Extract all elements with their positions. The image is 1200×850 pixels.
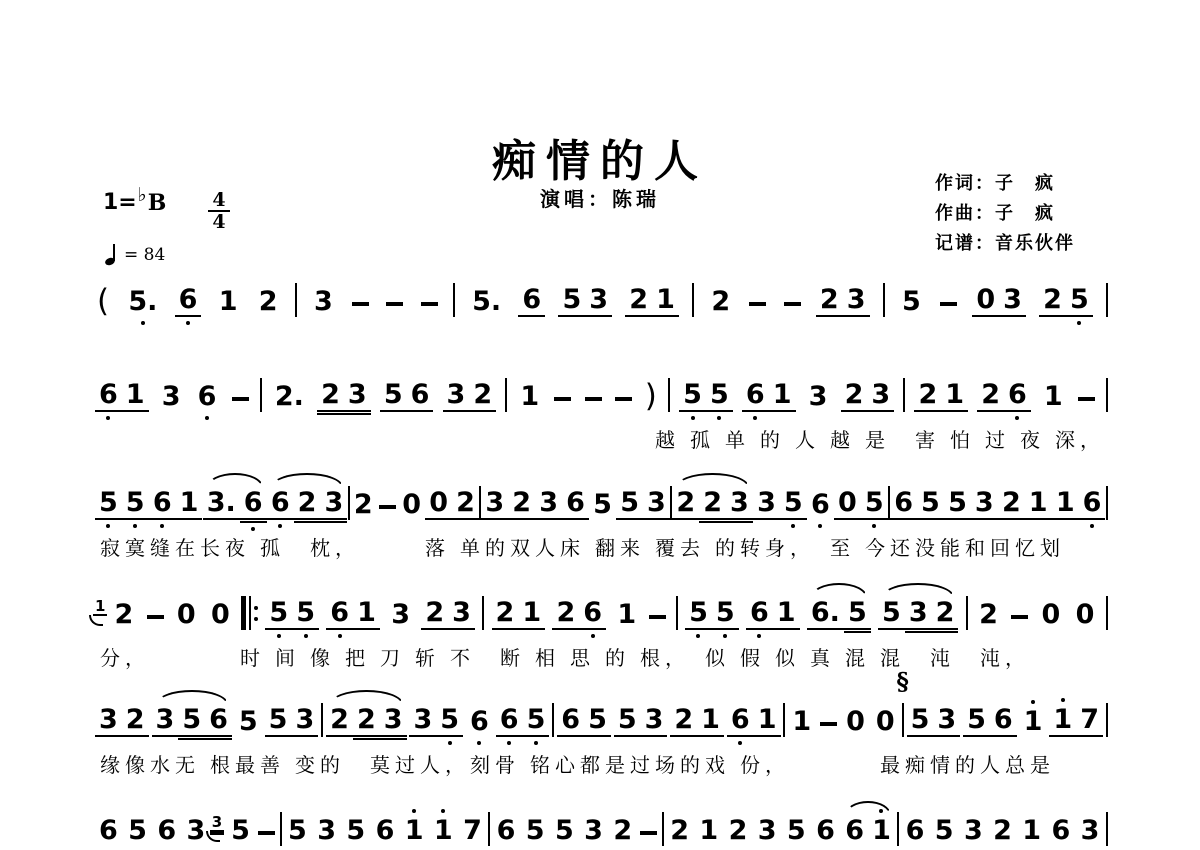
note-token: 5: [342, 816, 369, 846]
note-group: [782, 302, 803, 317]
note-token: 6: [175, 285, 202, 317]
note-group: 5: [522, 816, 549, 846]
note-group: 5: [898, 287, 925, 317]
note-token: 6: [518, 285, 545, 317]
note-group: 2: [725, 816, 752, 846]
phrase-paren: (: [95, 285, 111, 317]
note-group: [488, 812, 490, 846]
note-token: 3: [310, 287, 337, 317]
note-token: 6: [1079, 488, 1106, 520]
slur-arc: [882, 583, 954, 597]
note-group: 1: [1040, 382, 1067, 412]
note-group: 0: [173, 600, 200, 630]
note-token: 6.: [807, 598, 844, 630]
note-group: 1: [215, 287, 242, 317]
rest-note: 0: [842, 707, 869, 737]
note-token: 2: [672, 488, 699, 520]
note-token: 6: [95, 380, 122, 412]
note-token: 5: [907, 705, 934, 737]
note-group: 61: [727, 705, 781, 737]
duration-dash: [386, 302, 403, 306]
octave-dot-low: [1077, 321, 1081, 325]
note-token: 5: [963, 705, 990, 737]
note-group: [1106, 283, 1108, 317]
octave-dot-high: [1061, 698, 1065, 702]
notes-row: 55613.6623200232365532233560565532116: [95, 486, 1108, 520]
duration-dash: [784, 302, 801, 306]
slur-arc: [207, 473, 263, 487]
note-token: 5: [124, 816, 151, 846]
note-token: 5: [898, 287, 925, 317]
octave-dot-high: [441, 809, 445, 813]
note-group: 6: [466, 707, 493, 737]
note-group: 56: [380, 380, 434, 412]
note-group: 21: [998, 488, 1052, 520]
note-group: 05: [834, 488, 888, 520]
octave-dot-low: [477, 741, 481, 745]
note-group: 6: [902, 816, 929, 846]
octave-dot-low: [818, 524, 822, 528]
barline: [260, 378, 262, 412]
note-group: 5.: [124, 287, 161, 317]
note-token: 6: [95, 816, 122, 846]
note-token: 3: [999, 285, 1026, 317]
note-token: 3: [481, 488, 508, 520]
note-token: 6: [557, 705, 584, 737]
notes-row: 61362.2356321)556132321261: [95, 378, 1108, 412]
note-token: 5: [685, 598, 712, 630]
note-group: 55: [265, 598, 319, 630]
note-group: [377, 505, 398, 520]
note-group: [668, 378, 670, 412]
note-group: 6: [95, 816, 122, 846]
note-token: 2: [353, 705, 380, 737]
note-group: 65: [557, 705, 611, 737]
score-area: (5.61235.653212235032561362.2356321)5561…: [0, 0, 1200, 850]
note-token: 3: [971, 488, 998, 520]
notes-row: 120055613232126155616.5532200: [95, 596, 1108, 630]
note-group: 6: [518, 285, 545, 317]
note-token: 3: [641, 705, 668, 737]
note-group: [295, 283, 297, 317]
note-token: 1: [176, 488, 203, 520]
note-token: 3: [726, 488, 753, 520]
note-group: [419, 302, 440, 317]
duration-dash: [940, 302, 957, 306]
note-group: [613, 397, 634, 412]
note-token: 6: [496, 705, 523, 737]
barline: [676, 596, 678, 630]
note-token: 6: [807, 490, 834, 520]
note-group: 3: [158, 382, 185, 412]
note-token: 5: [551, 816, 578, 846]
note-group: 532: [878, 598, 958, 630]
note-token: 5: [861, 488, 888, 520]
phrase-paren: ): [643, 380, 659, 412]
octave-dot-low: [304, 634, 308, 638]
repeat-dots: [254, 606, 258, 621]
note-group: 21: [625, 285, 679, 317]
octave-dot-low: [691, 416, 695, 420]
note-token: 2: [255, 287, 282, 317]
octave-dot-high: [412, 809, 416, 813]
note-group: 53: [265, 705, 319, 737]
note-token: 1: [122, 380, 149, 412]
note-group: 6.5: [807, 598, 871, 630]
barline: [453, 283, 455, 317]
note-group: 223: [672, 488, 752, 520]
note-token: 2: [914, 380, 941, 412]
barline: [280, 812, 282, 846]
barline: [662, 812, 664, 846]
note-group: 0: [398, 490, 425, 520]
slur-arc: [330, 690, 402, 704]
note-group: 2: [255, 287, 282, 317]
note-token: 3: [905, 598, 932, 630]
note-token: 5: [122, 488, 149, 520]
note-group: 26: [977, 380, 1031, 412]
note-token: 6: [742, 380, 769, 412]
note-token: 6: [466, 707, 493, 737]
note-token: 2: [552, 598, 579, 630]
note-token: 3: [320, 488, 347, 520]
note-group: 6: [807, 490, 834, 520]
note-group: 02: [425, 488, 479, 520]
octave-dot-high: [879, 809, 883, 813]
note-group: 65: [890, 488, 944, 520]
note-group: [662, 812, 664, 846]
note-group: 53: [614, 705, 668, 737]
note-token: 1: [1018, 816, 1045, 846]
note-token: 5: [712, 598, 739, 630]
music-line: 120055613232126155616.5532200分， 时 间 像 把 …: [95, 596, 1108, 671]
note-token: 6: [493, 816, 520, 846]
note-group: 3: [805, 382, 832, 412]
note-group: 356: [152, 705, 232, 737]
note-token: 3: [448, 598, 475, 630]
note-token: 2: [841, 380, 868, 412]
note-token: 3: [867, 380, 894, 412]
note-token: 2: [670, 705, 697, 737]
note-token: 2: [989, 816, 1016, 846]
note-group: 6: [194, 382, 221, 412]
note-group: [647, 615, 668, 630]
octave-dot-low: [791, 524, 795, 528]
note-group: 25: [1039, 285, 1093, 317]
duration-dash: [258, 831, 275, 835]
note-token: 5: [523, 705, 550, 737]
grace-tie-curve: [89, 615, 103, 626]
note-token: 2: [350, 490, 377, 520]
music-line: 656335535611765532212356616532163: [95, 812, 1108, 846]
octave-dot-low: [757, 634, 761, 638]
music-line: 61362.2356321)556132321261越 孤 单 的 人 越 是 …: [95, 378, 1108, 453]
octave-dot-low: [696, 634, 700, 638]
note-group: 12: [95, 598, 137, 630]
note-token: 1: [1052, 488, 1079, 520]
lyrics-line: 寂寞缝在长夜 孤 枕， 落 单的双人床 翻来 覆去 的转身， 至 今还没能和回忆…: [95, 532, 1108, 561]
notes-row: 323565532233566565532161100§5356117: [95, 703, 1108, 737]
note-group: 223: [326, 705, 406, 737]
note-token: 2: [1039, 285, 1066, 317]
rest-note: 0: [425, 488, 452, 520]
note-group: 1: [695, 816, 722, 846]
note-group: 5: [931, 816, 958, 846]
note-token: 2: [452, 488, 479, 520]
note-token: 2: [294, 488, 321, 520]
note-token: 6: [153, 816, 180, 846]
note-token: 1: [697, 705, 724, 737]
note-group: 1: [613, 600, 640, 630]
note-group: 53: [616, 488, 670, 520]
barline: [1106, 378, 1108, 412]
note-token: 2: [625, 285, 652, 317]
note-token: 1: [773, 598, 800, 630]
note-group: [552, 703, 554, 737]
grace-note: 3: [210, 814, 224, 832]
note-token: 1: [613, 600, 640, 630]
octave-dot-low: [534, 741, 538, 745]
note-token: 2.: [271, 382, 308, 412]
barline: [903, 378, 905, 412]
note-token: 6: [812, 816, 839, 846]
note-token: 5: [178, 705, 205, 737]
note-token: 5: [917, 488, 944, 520]
duration-dash: [1011, 615, 1028, 619]
note-token: 5: [558, 285, 585, 317]
note-group: 53: [944, 488, 998, 520]
duration-dash: [147, 615, 164, 619]
note-token: 5: [616, 488, 643, 520]
note-token: 6: [326, 598, 353, 630]
note-group: [883, 283, 885, 317]
octave-dot-low: [753, 416, 757, 420]
note-token: 6: [562, 488, 589, 520]
note-token: 1: [518, 598, 545, 630]
note-group: [145, 615, 166, 630]
music-line: (5.61235.6532122350325: [95, 283, 1108, 317]
note-token: 5: [522, 816, 549, 846]
note-group: 21: [492, 598, 546, 630]
note-token: 7: [1076, 705, 1103, 737]
duration-dash: [379, 505, 396, 509]
note-token: 5: [436, 705, 463, 737]
note-group: [966, 596, 968, 630]
note-group: [692, 283, 694, 317]
lyrics-line: 分， 时 间 像 把 刀 斩 不 断 相 思 的 根， 似 假 似 真 混 混 …: [95, 642, 1108, 671]
octave-dot-low: [133, 524, 137, 528]
note-group: 61: [746, 598, 800, 630]
note-group: 3: [310, 287, 337, 317]
note-group: [321, 703, 323, 737]
note-group: [552, 397, 573, 412]
note-token: 1: [652, 285, 679, 317]
note-group: 5.: [468, 287, 505, 317]
note-token: 1: [430, 816, 457, 846]
note-token: 3: [580, 816, 607, 846]
note-token: 5: [589, 490, 616, 520]
rest-note: 0: [173, 600, 200, 630]
barline: [321, 703, 323, 737]
note-token: 1: [695, 816, 722, 846]
note-token: 3: [643, 488, 670, 520]
barline: [692, 283, 694, 317]
note-group: 5: [284, 816, 311, 846]
note-group: [241, 596, 258, 630]
rest-note: 0: [398, 490, 425, 520]
note-group: 55: [685, 598, 739, 630]
note-token: 3: [158, 382, 185, 412]
note-token: 1: [868, 816, 895, 846]
note-token: 3: [843, 285, 870, 317]
note-group: 7: [459, 816, 486, 846]
duration-dash: [232, 397, 249, 401]
note-group: 0: [842, 707, 869, 737]
note-group: 61: [742, 380, 796, 412]
duration-dash: [749, 302, 766, 306]
sheet-music-page: 痴情的人 演唱：陈瑞 作词：子 疯 作曲：子 疯 记谱：音乐伙伴 1=♭B 4 …: [0, 0, 1200, 850]
note-token: 6: [372, 816, 399, 846]
slur-arc: [845, 801, 891, 815]
grace-note-number: 1: [93, 598, 107, 616]
music-line: 323565532233566565532161100§5356117缘像水无 …: [95, 703, 1108, 778]
note-token: 5.: [124, 287, 161, 317]
note-group: [1106, 486, 1108, 520]
barline: [668, 378, 670, 412]
barline: [1106, 283, 1108, 317]
note-group: 5: [551, 816, 578, 846]
note-group: 35: [753, 488, 807, 520]
note-token: 5: [265, 705, 292, 737]
note-token: 5: [95, 488, 122, 520]
note-token: 2: [421, 598, 448, 630]
note-group: [638, 831, 659, 846]
note-token: 6: [990, 705, 1017, 737]
note-group: 5: [342, 816, 369, 846]
note-group: 53: [558, 285, 612, 317]
note-token: 3: [960, 816, 987, 846]
note-token: 3: [585, 285, 612, 317]
note-token: 6: [890, 488, 917, 520]
note-token: 6: [149, 488, 176, 520]
note-group: 21: [670, 705, 724, 737]
note-group: [783, 703, 785, 737]
note-token: 5: [783, 816, 810, 846]
note-group: 2: [609, 816, 636, 846]
slur-arc: [811, 583, 867, 597]
note-token: 2: [816, 285, 843, 317]
note-group: 3: [1077, 816, 1104, 846]
note-token: 1: [754, 705, 781, 737]
note-token: 3: [933, 705, 960, 737]
notes-row: (5.61235.6532122350325: [95, 283, 1108, 317]
note-token: 2: [666, 816, 693, 846]
note-group: §: [902, 703, 904, 737]
note-token: 5: [584, 705, 611, 737]
rest-note: 0: [207, 600, 234, 630]
octave-dot-low: [106, 416, 110, 420]
notes-row: 656335535611765532212356616532163: [95, 812, 1108, 846]
rest-note: 0: [834, 488, 861, 520]
duration-dash: [640, 831, 657, 835]
note-token: 3: [754, 816, 781, 846]
note-group: 03: [972, 285, 1026, 317]
note-token: 5: [780, 488, 807, 520]
note-token: 6: [841, 816, 868, 846]
note-token: 1: [1020, 707, 1047, 737]
note-group: [280, 812, 282, 846]
note-token: 3: [291, 705, 318, 737]
duration-dash: [554, 397, 571, 401]
note-group: 6: [1047, 816, 1074, 846]
note-token: 6: [194, 382, 221, 412]
note-token: 2: [998, 488, 1025, 520]
barline: [966, 596, 968, 630]
note-token: 2: [122, 705, 149, 737]
note-token: 3: [344, 380, 371, 412]
note-token: 5: [235, 707, 262, 737]
note-token: 3: [443, 380, 470, 412]
note-group: [505, 378, 507, 412]
note-group: [818, 722, 839, 737]
note-token: 2: [725, 816, 752, 846]
note-group: 36: [535, 488, 589, 520]
barline: [552, 703, 554, 737]
note-group: 32: [481, 488, 535, 520]
note-group: 5: [589, 490, 616, 520]
note-token: 6: [1047, 816, 1074, 846]
note-group: [230, 397, 251, 412]
note-token: 3.: [203, 488, 240, 520]
duration-dash: [820, 722, 837, 726]
octave-dot-low: [872, 524, 876, 528]
note-group: 2: [707, 287, 734, 317]
note-group: 1: [430, 816, 457, 846]
note-group: [1106, 812, 1108, 846]
note-token: 1: [516, 382, 543, 412]
note-token: 3: [535, 488, 562, 520]
octave-dot-low: [277, 634, 281, 638]
octave-dot-low: [338, 634, 342, 638]
note-token: 3: [95, 705, 122, 737]
note-group: [1106, 703, 1108, 737]
barline: [883, 283, 885, 317]
octave-dot-low: [1015, 416, 1019, 420]
note-group: [260, 378, 262, 412]
note-group: 61: [326, 598, 380, 630]
note-token: 2: [975, 600, 1002, 630]
note-token: 5: [844, 598, 871, 630]
slur-arc: [156, 690, 228, 704]
note-token: 3: [152, 705, 179, 737]
barline: [902, 703, 904, 737]
note-token: 1: [1025, 488, 1052, 520]
note-group: [897, 812, 899, 846]
note-group: 1: [516, 382, 543, 412]
repeat-thick-bar: [241, 596, 246, 630]
note-token: 6: [205, 705, 232, 737]
note-group: 17: [1049, 705, 1103, 737]
note-token: 2: [110, 600, 137, 630]
rest-note: 0: [1037, 600, 1064, 630]
note-group: 6: [493, 816, 520, 846]
note-token: 7: [459, 816, 486, 846]
note-token: 5: [878, 598, 905, 630]
note-token: 2: [609, 816, 636, 846]
note-token: 1: [788, 707, 815, 737]
octave-dot-low: [591, 634, 595, 638]
note-token: 5.: [468, 287, 505, 317]
